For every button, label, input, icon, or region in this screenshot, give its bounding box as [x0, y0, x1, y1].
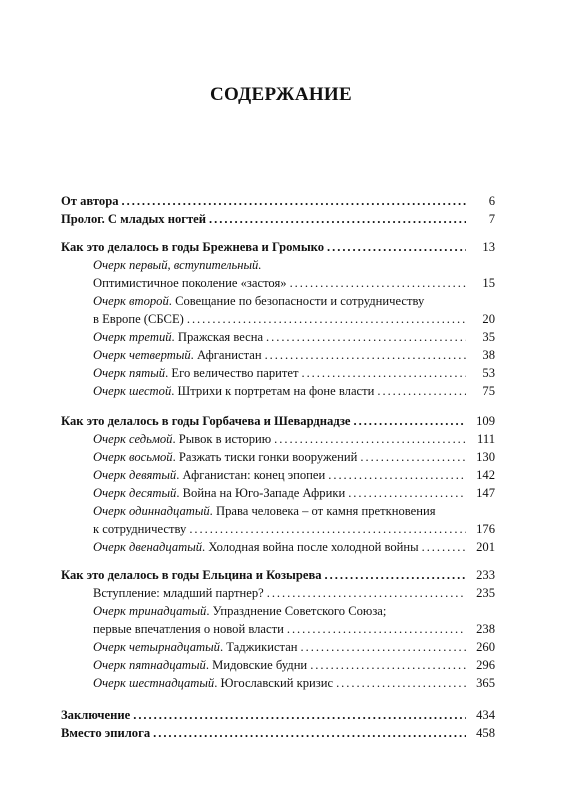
toc-entry-label: Очерк двенадцатый — [93, 540, 202, 554]
toc-entry-title: Очерк пятый. Его величество паритет — [93, 364, 298, 382]
leader-dots — [153, 724, 466, 742]
page-number: 13 — [469, 238, 495, 256]
page-number: 53 — [469, 364, 495, 382]
toc-entry-label: Очерк девятый — [93, 468, 176, 482]
toc-item: Очерк третий. Пражская весна35 — [93, 328, 495, 346]
leader-dots — [325, 566, 466, 584]
toc-entry: Пролог. С младых ногтей7 — [61, 210, 495, 228]
leader-dots — [266, 328, 466, 346]
toc-item: Вступление: младший партнер?235 — [93, 584, 495, 602]
toc-item: Очерк второй. Совещание по безопасности … — [93, 292, 495, 310]
page-number: 111 — [469, 430, 495, 448]
toc-entry-title: Как это делалось в годы Ельцина и Козыре… — [61, 566, 322, 584]
toc-entry-title: Очерк тринадцатый. Упразднение Советског… — [93, 602, 386, 620]
toc-entry-label: Очерк четвертый — [93, 348, 191, 362]
toc-entry-title: От автора — [61, 192, 119, 210]
toc-item: Очерк четырнадцатый. Таджикистан260 — [93, 638, 495, 656]
toc-entry-title: Очерк одиннадцатый. Права человека – от … — [93, 502, 436, 520]
page-number: 176 — [469, 520, 495, 538]
toc-item: первые впечатления о новой власти238 — [93, 620, 495, 638]
toc-item: в Европе (СБСЕ)20 — [93, 310, 495, 328]
toc-entry-title: Очерк шестой. Штрихи к портретам на фоне… — [93, 382, 374, 400]
page-number: 201 — [469, 538, 495, 556]
page-number: 434 — [469, 706, 495, 724]
toc-item: Очерк первый, вступительный. — [93, 256, 495, 274]
leader-dots — [310, 656, 466, 674]
leader-dots — [290, 274, 466, 292]
toc-entry-label: Очерк шестнадцатый — [93, 676, 214, 690]
toc-section: Как это делалось в годы Ельцина и Козыре… — [61, 566, 495, 584]
toc-entry: Вместо эпилога458 — [61, 724, 495, 742]
toc-section: Как это делалось в годы Горбачева и Шева… — [61, 412, 495, 430]
leader-dots — [189, 520, 466, 538]
toc-entry-title: Оптимистичное поколение «застоя» — [93, 274, 287, 292]
leader-dots — [287, 620, 466, 638]
leader-dots — [328, 466, 466, 484]
toc-entry-label: Очерк первый, вступительный. — [93, 258, 261, 272]
leader-dots — [133, 706, 466, 724]
toc-item: Очерк пятый. Его величество паритет53 — [93, 364, 495, 382]
toc-entry-title: Очерк седьмой. Рывок в историю — [93, 430, 271, 448]
page-number: 20 — [469, 310, 495, 328]
page-number: 238 — [469, 620, 495, 638]
page-number: 130 — [469, 448, 495, 466]
toc-entry-label: Очерк одиннадцатый — [93, 504, 210, 518]
toc-entry: От автора6 — [61, 192, 495, 210]
toc-entry-title: Очерк восьмой. Разжать тиски гонки воору… — [93, 448, 357, 466]
page-number: 7 — [469, 210, 495, 228]
toc-item: Очерк двенадцатый. Холодная война после … — [93, 538, 495, 556]
toc-entry-label: Очерк второй — [93, 294, 169, 308]
toc-entry-label: Очерк десятый — [93, 486, 176, 500]
toc-item: Очерк одиннадцатый. Права человека – от … — [93, 502, 495, 520]
toc-entry-title: Очерк четвертый. Афганистан — [93, 346, 262, 364]
page-number: 142 — [469, 466, 495, 484]
toc-entry-title: к сотрудничеству — [93, 520, 186, 538]
page-number: 109 — [469, 412, 495, 430]
toc-entry-title: Заключение — [61, 706, 130, 724]
leader-dots — [348, 484, 466, 502]
leader-dots — [274, 430, 466, 448]
page-title: СОДЕРЖАНИЕ — [0, 84, 562, 106]
page-number: 15 — [469, 274, 495, 292]
toc-entry-title: Вступление: младший партнер? — [93, 584, 264, 602]
leader-dots — [377, 382, 466, 400]
toc-item: Очерк седьмой. Рывок в историю111 — [93, 430, 495, 448]
page-number: 296 — [469, 656, 495, 674]
leader-dots — [265, 346, 466, 364]
page-number: 235 — [469, 584, 495, 602]
leader-dots — [301, 638, 466, 656]
toc-entry-title: Очерк второй. Совещание по безопасности … — [93, 292, 424, 310]
toc-entry-title: первые впечатления о новой власти — [93, 620, 284, 638]
page-number: 458 — [469, 724, 495, 742]
leader-dots — [187, 310, 466, 328]
leader-dots — [209, 210, 466, 228]
page-number: 365 — [469, 674, 495, 692]
toc-entry: Заключение434 — [61, 706, 495, 724]
toc-item: Очерк девятый. Афганистан: конец эпопеи1… — [93, 466, 495, 484]
page-number: 35 — [469, 328, 495, 346]
toc-item: Очерк пятнадцатый. Мидовские будни296 — [93, 656, 495, 674]
toc-entry-label: Очерк восьмой — [93, 450, 173, 464]
page-number: 233 — [469, 566, 495, 584]
toc-item: Очерк четвертый. Афганистан38 — [93, 346, 495, 364]
toc-entry-label: Очерк третий — [93, 330, 172, 344]
toc-entry-label: Очерк шестой — [93, 384, 171, 398]
toc-entry-label: Очерк седьмой — [93, 432, 172, 446]
toc-item: Очерк десятый. Война на Юго-Западе Африк… — [93, 484, 495, 502]
toc-item: Очерк восьмой. Разжать тиски гонки воору… — [93, 448, 495, 466]
leader-dots — [327, 238, 466, 256]
toc-entry-title: Очерк третий. Пражская весна — [93, 328, 263, 346]
page-number: 147 — [469, 484, 495, 502]
leader-dots — [122, 192, 466, 210]
toc-item: Очерк шестнадцатый. Югославский кризис36… — [93, 674, 495, 692]
page-number: 260 — [469, 638, 495, 656]
page-number: 75 — [469, 382, 495, 400]
leader-dots — [354, 412, 466, 430]
toc-entry-title: Очерк шестнадцатый. Югославский кризис — [93, 674, 333, 692]
toc-entry-title: Очерк четырнадцатый. Таджикистан — [93, 638, 298, 656]
toc-entry-title: в Европе (СБСЕ) — [93, 310, 184, 328]
toc-section: Как это делалось в годы Брежнева и Громы… — [61, 238, 495, 256]
leader-dots — [422, 538, 466, 556]
toc-item: Оптимистичное поколение «застоя»15 — [93, 274, 495, 292]
toc-entry-title: Очерк девятый. Афганистан: конец эпопеи — [93, 466, 325, 484]
toc-entry-title: Как это делалось в годы Горбачева и Шева… — [61, 412, 351, 430]
toc-entry-label: Очерк пятнадцатый — [93, 658, 206, 672]
toc-entry-label: Очерк четырнадцатый — [93, 640, 220, 654]
leader-dots — [267, 584, 466, 602]
leader-dots — [360, 448, 466, 466]
toc-item: Очерк тринадцатый. Упразднение Советског… — [93, 602, 495, 620]
toc-entry-label: Очерк пятый — [93, 366, 165, 380]
toc-entry-title: Очерк первый, вступительный. — [93, 256, 261, 274]
toc-entry-title: Очерк двенадцатый. Холодная война после … — [93, 538, 419, 556]
page-number: 6 — [469, 192, 495, 210]
toc-entry-title: Вместо эпилога — [61, 724, 150, 742]
toc-entry-title: Как это делалось в годы Брежнева и Громы… — [61, 238, 324, 256]
toc-entry-title: Очерк десятый. Война на Юго-Западе Африк… — [93, 484, 345, 502]
toc-entry-title: Очерк пятнадцатый. Мидовские будни — [93, 656, 307, 674]
page-number: 38 — [469, 346, 495, 364]
toc-entry-label: Очерк тринадцатый — [93, 604, 206, 618]
toc-item: к сотрудничеству176 — [93, 520, 495, 538]
leader-dots — [336, 674, 466, 692]
toc-entry-title: Пролог. С младых ногтей — [61, 210, 206, 228]
leader-dots — [301, 364, 466, 382]
toc-item: Очерк шестой. Штрихи к портретам на фоне… — [93, 382, 495, 400]
